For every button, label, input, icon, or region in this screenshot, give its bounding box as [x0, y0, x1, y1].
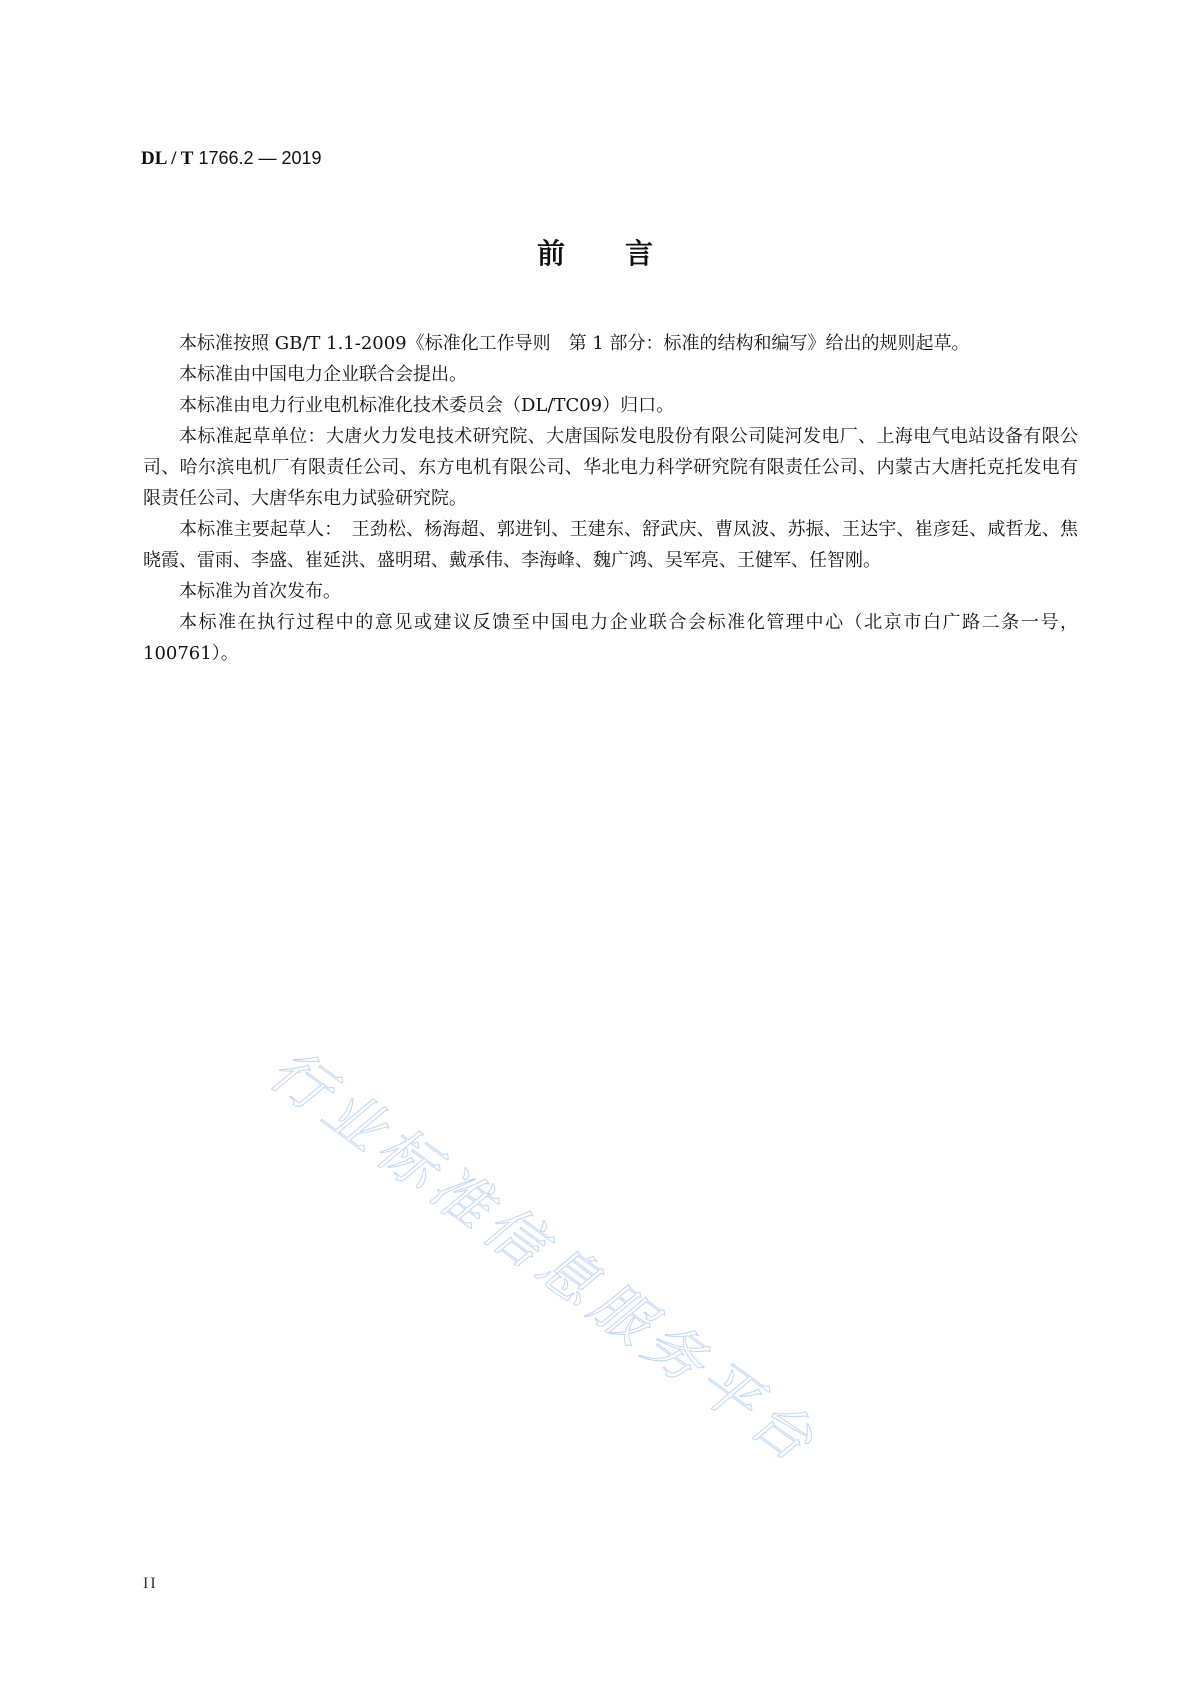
paragraph-drafting-units: 本标准起草单位：大唐火力发电技术研究院、大唐国际发电股份有限公司陡河发电厂、上海…: [143, 421, 1078, 514]
paragraph-drafters: 本标准主要起草人： 王劲松、杨海超、郭进钊、王建东、舒武庆、曹凤波、苏振、王达宇…: [143, 514, 1078, 576]
paragraph-feedback: 本标准在执行过程中的意见或建议反馈至中国电力企业联合会标准化管理中心（北京市白广…: [143, 607, 1078, 669]
document-code: DL / T 1766.2 — 2019: [141, 148, 322, 170]
paragraph-proposer: 本标准由中国电力企业联合会提出。: [143, 359, 1078, 390]
watermark: 行业标准信息服务平台: [256, 1025, 839, 1481]
document-code-prefix: DL / T: [141, 148, 193, 169]
page-number: II: [143, 1575, 158, 1593]
foreword-body: 本标准按照 GB/T 1.1-2009《标准化工作导则 第 1 部分：标准的结构…: [143, 328, 1078, 669]
paragraph-first-release: 本标准为首次发布。: [143, 576, 1078, 607]
paragraph-committee: 本标准由电力行业电机标准化技术委员会（DL/TC09）归口。: [143, 390, 1078, 421]
document-code-number: 1766.2 — 2019: [193, 148, 321, 168]
paragraph-drafting-rules: 本标准按照 GB/T 1.1-2009《标准化工作导则 第 1 部分：标准的结构…: [143, 328, 1078, 359]
page-title: 前言: [0, 232, 1190, 272]
